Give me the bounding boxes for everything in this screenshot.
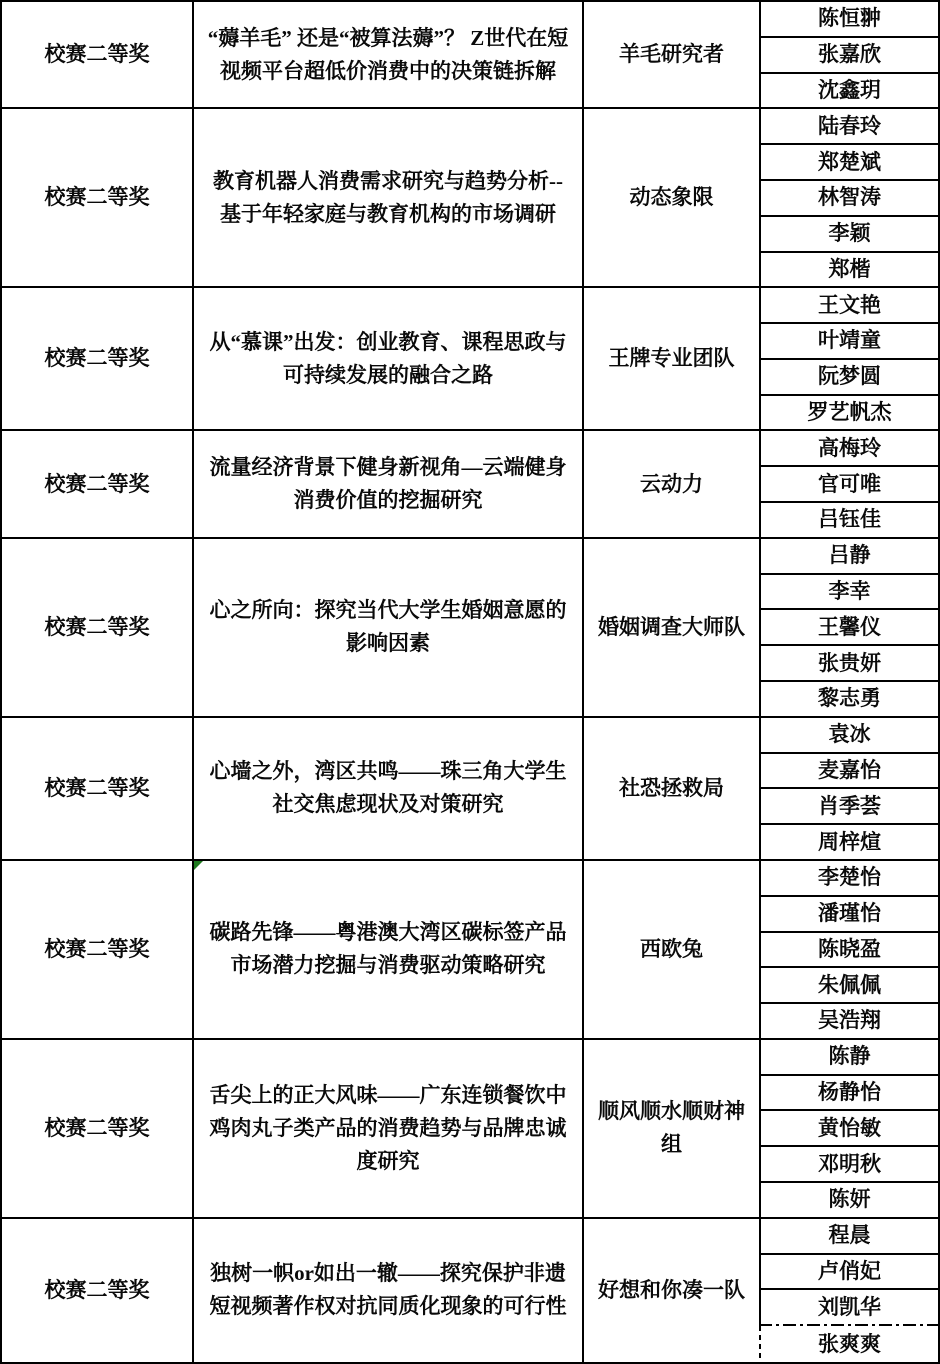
member-name-cell-text: 高梅玲 — [818, 432, 881, 465]
team-name-cell: 王牌专业团队 — [584, 288, 761, 431]
member-name-cell: 肖季荟 — [761, 789, 938, 825]
member-name-cell-text: 陈晓盈 — [818, 933, 881, 966]
project-title-cell-text: 从“慕课”出发：创业教育、课程思政与可持续发展的融合之路 — [206, 326, 570, 392]
member-name-cell: 陈妍 — [761, 1183, 938, 1219]
project-title-cell-text: 教育机器人消费需求研究与趋势分析--基于年轻家庭与教育机构的市场调研 — [206, 165, 570, 231]
member-name-cell-text: 郑楚斌 — [818, 146, 881, 179]
award-cell: 校赛二等奖 — [2, 861, 194, 1040]
team-name-cell-text: 云动力 — [640, 468, 703, 501]
member-name-cell-text: 官可唯 — [818, 468, 881, 501]
member-name-cell: 麦嘉怡 — [761, 754, 938, 790]
project-title-cell: 心之所向：探究当代大学生婚姻意愿的影响因素 — [194, 539, 584, 718]
member-name-cell-text: 陈妍 — [829, 1183, 871, 1216]
project-title-cell-text: 独树一帜or如出一辙——探究保护非遗短视频著作权对抗同质化现象的可行性 — [206, 1257, 570, 1323]
member-name-cell-text: 程晨 — [829, 1219, 871, 1252]
member-name-cell-text: 卢俏妃 — [818, 1255, 881, 1288]
project-title-cell: 教育机器人消费需求研究与趋势分析--基于年轻家庭与教育机构的市场调研 — [194, 109, 584, 288]
project-title-cell: 流量经济背景下健身新视角—云端健身消费价值的挖掘研究 — [194, 431, 584, 538]
member-name-cell-text: 麦嘉怡 — [818, 754, 881, 787]
award-cell-text: 校赛二等奖 — [45, 181, 150, 214]
member-name-cell-text: 李幸 — [829, 575, 871, 608]
page-break-dash-line-left — [759, 1326, 761, 1362]
member-name-cell: 刘凯华 — [761, 1290, 938, 1326]
member-name-cell-text: 王馨仪 — [818, 611, 881, 644]
member-name-cell: 潘瑾怡 — [761, 897, 938, 933]
project-title-cell: 舌尖上的正大风味——广东连锁餐饮中鸡肉丸子类产品的消费趋势与品牌忠诚度研究 — [194, 1040, 584, 1219]
member-name-cell: 罗艺帆杰 — [761, 396, 938, 432]
member-name-cell: 张嘉欣 — [761, 38, 938, 74]
member-name-cell-text: 郑楷 — [829, 253, 871, 286]
member-name-cell: 官可唯 — [761, 467, 938, 503]
team-name-cell: 云动力 — [584, 431, 761, 538]
team-name-cell: 顺风顺水顺财神组 — [584, 1040, 761, 1219]
team-name-cell-text: 好想和你凑一队 — [598, 1274, 745, 1307]
member-name-cell: 沈鑫玥 — [761, 74, 938, 110]
project-title-cell-text: 心墙之外，湾区共鸣——珠三角大学生社交焦虑现状及对策研究 — [206, 755, 570, 821]
award-cell: 校赛二等奖 — [2, 1219, 194, 1362]
project-title-cell: 碳路先锋——粤港澳大湾区碳标签产品市场潜力挖掘与消费驱动策略研究 — [194, 861, 584, 1040]
team-name-cell: 婚姻调查大师队 — [584, 539, 761, 718]
comment-marker-icon — [194, 861, 203, 870]
team-name-cell: 社恐拯救局 — [584, 718, 761, 861]
member-name-cell: 邓明秋 — [761, 1147, 938, 1183]
member-name-cell-text: 李颖 — [829, 217, 871, 250]
team-name-cell-text: 社恐拯救局 — [619, 772, 724, 805]
awards-table: 校赛二等奖“薅羊毛” 还是“被算法薅”？ Z世代在短视频平台超低价消费中的决策链… — [0, 0, 940, 1364]
member-name-cell-text: 张爽爽 — [818, 1328, 881, 1361]
member-name-cell-text: 刘凯华 — [818, 1291, 881, 1324]
member-name-cell-text: 杨静怡 — [818, 1076, 881, 1109]
award-cell: 校赛二等奖 — [2, 2, 194, 109]
team-name-cell-text: 婚姻调查大师队 — [598, 611, 745, 644]
team-name-cell: 好想和你凑一队 — [584, 1219, 761, 1362]
member-name-cell-text: 张嘉欣 — [818, 38, 881, 71]
team-name-cell-text: 王牌专业团队 — [609, 342, 735, 375]
award-cell: 校赛二等奖 — [2, 1040, 194, 1219]
member-name-cell: 陆春玲 — [761, 109, 938, 145]
award-cell-text: 校赛二等奖 — [45, 772, 150, 805]
member-name-cell: 陈晓盈 — [761, 933, 938, 969]
member-name-cell: 郑楚斌 — [761, 145, 938, 181]
award-cell: 校赛二等奖 — [2, 539, 194, 718]
team-name-cell: 西欧兔 — [584, 861, 761, 1040]
award-cell: 校赛二等奖 — [2, 288, 194, 431]
member-name-cell: 朱佩佩 — [761, 968, 938, 1004]
member-name-cell-text: 罗艺帆杰 — [808, 396, 892, 429]
award-cell-text: 校赛二等奖 — [45, 468, 150, 501]
award-cell: 校赛二等奖 — [2, 718, 194, 861]
project-title-cell-text: 流量经济背景下健身新视角—云端健身消费价值的挖掘研究 — [206, 451, 570, 517]
member-name-cell-text: 叶靖童 — [818, 324, 881, 357]
member-name-cell-text: 潘瑾怡 — [818, 897, 881, 930]
member-name-cell-text: 阮梦圆 — [818, 360, 881, 393]
member-name-cell: 王文艳 — [761, 288, 938, 324]
member-name-cell-text: 李楚怡 — [818, 861, 881, 894]
member-name-cell-text: 周梓煊 — [818, 826, 881, 859]
award-cell-text: 校赛二等奖 — [45, 933, 150, 966]
member-name-cell: 陈恒翀 — [761, 2, 938, 38]
member-name-cell-text: 陈静 — [829, 1040, 871, 1073]
member-name-cell: 林智涛 — [761, 181, 938, 217]
member-name-cell: 叶靖童 — [761, 324, 938, 360]
project-title-cell: 从“慕课”出发：创业教育、课程思政与可持续发展的融合之路 — [194, 288, 584, 431]
member-name-cell: 卢俏妃 — [761, 1255, 938, 1291]
member-name-cell: 杨静怡 — [761, 1076, 938, 1112]
member-name-cell-text: 王文艳 — [818, 289, 881, 322]
member-name-cell: 高梅玲 — [761, 431, 938, 467]
award-cell-text: 校赛二等奖 — [45, 38, 150, 71]
member-name-cell: 黎志勇 — [761, 682, 938, 718]
member-name-cell: 张爽爽 — [761, 1326, 938, 1362]
member-name-cell: 吴浩翔 — [761, 1004, 938, 1040]
member-name-cell-text: 吕钰佳 — [818, 503, 881, 536]
member-name-cell: 张贵妍 — [761, 646, 938, 682]
member-name-cell-text: 黄怡敏 — [818, 1112, 881, 1145]
member-name-cell: 李幸 — [761, 575, 938, 611]
member-name-cell: 吕静 — [761, 539, 938, 575]
member-name-cell: 李楚怡 — [761, 861, 938, 897]
member-name-cell-text: 沈鑫玥 — [818, 74, 881, 107]
member-name-cell-text: 肖季荟 — [818, 790, 881, 823]
member-name-cell-text: 林智涛 — [818, 181, 881, 214]
page-break-dash-line — [759, 1324, 938, 1326]
member-name-cell: 阮梦圆 — [761, 360, 938, 396]
award-cell: 校赛二等奖 — [2, 109, 194, 288]
team-name-cell: 羊毛研究者 — [584, 2, 761, 109]
member-name-cell-text: 朱佩佩 — [818, 969, 881, 1002]
member-name-cell-text: 陆春玲 — [818, 110, 881, 143]
award-cell: 校赛二等奖 — [2, 431, 194, 538]
member-name-cell-text: 黎志勇 — [818, 682, 881, 715]
project-title-cell: “薅羊毛” 还是“被算法薅”？ Z世代在短视频平台超低价消费中的决策链拆解 — [194, 2, 584, 109]
member-name-cell-text: 张贵妍 — [818, 647, 881, 680]
member-name-cell: 吕钰佳 — [761, 503, 938, 539]
award-cell-text: 校赛二等奖 — [45, 611, 150, 644]
project-title-cell-text: 碳路先锋——粤港澳大湾区碳标签产品市场潜力挖掘与消费驱动策略研究 — [206, 916, 570, 982]
member-name-cell-text: 吕静 — [829, 539, 871, 572]
member-name-cell-text: 袁冰 — [829, 718, 871, 751]
member-name-cell: 王馨仪 — [761, 610, 938, 646]
member-name-cell: 郑楷 — [761, 253, 938, 289]
project-title-cell-text: 舌尖上的正大风味——广东连锁餐饮中鸡肉丸子类产品的消费趋势与品牌忠诚度研究 — [206, 1079, 570, 1178]
member-name-cell-text: 吴浩翔 — [818, 1004, 881, 1037]
project-title-cell: 独树一帜or如出一辙——探究保护非遗短视频著作权对抗同质化现象的可行性 — [194, 1219, 584, 1362]
team-name-cell: 动态象限 — [584, 109, 761, 288]
project-title-cell-text: 心之所向：探究当代大学生婚姻意愿的影响因素 — [206, 594, 570, 660]
member-name-cell: 黄怡敏 — [761, 1111, 938, 1147]
team-name-cell-text: 动态象限 — [630, 181, 714, 214]
member-name-cell: 陈静 — [761, 1040, 938, 1076]
award-cell-text: 校赛二等奖 — [45, 342, 150, 375]
member-name-cell-text: 邓明秋 — [818, 1148, 881, 1181]
team-name-cell-text: 羊毛研究者 — [619, 38, 724, 71]
member-name-cell-text: 陈恒翀 — [818, 2, 881, 35]
project-title-cell-text: “薅羊毛” 还是“被算法薅”？ Z世代在短视频平台超低价消费中的决策链拆解 — [206, 22, 570, 88]
member-name-cell: 周梓煊 — [761, 825, 938, 861]
team-name-cell-text: 顺风顺水顺财神组 — [590, 1095, 753, 1161]
award-cell-text: 校赛二等奖 — [45, 1112, 150, 1145]
award-cell-text: 校赛二等奖 — [45, 1274, 150, 1307]
team-name-cell-text: 西欧兔 — [640, 933, 703, 966]
project-title-cell: 心墙之外，湾区共鸣——珠三角大学生社交焦虑现状及对策研究 — [194, 718, 584, 861]
member-name-cell: 袁冰 — [761, 718, 938, 754]
member-name-cell: 程晨 — [761, 1219, 938, 1255]
member-name-cell: 李颖 — [761, 217, 938, 253]
